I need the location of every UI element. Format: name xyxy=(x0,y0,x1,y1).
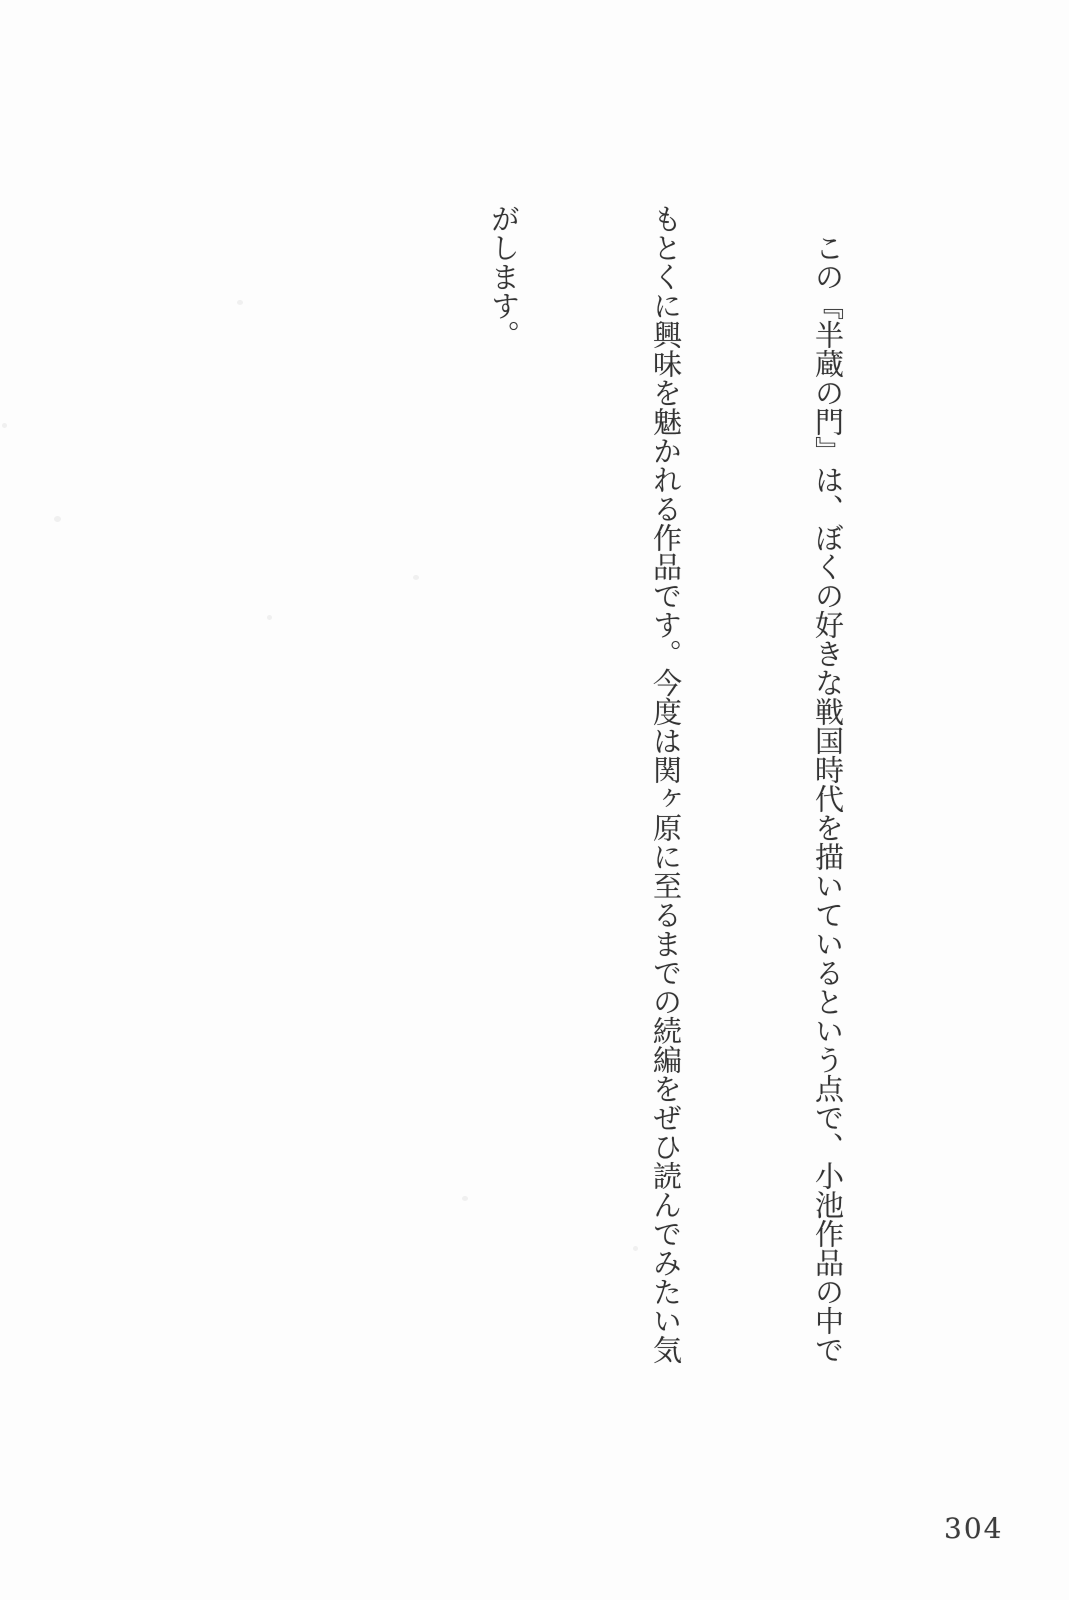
scan-speck xyxy=(2,423,7,428)
text-column-2: もとくに興味を魅かれる作品です。今度は関ヶ原に至るまでの続編をぜひ読んでみたい気 xyxy=(639,204,693,1434)
page-number: 304 xyxy=(944,1512,1003,1545)
scan-speck xyxy=(413,575,419,580)
scan-speck xyxy=(237,300,243,305)
scan-speck xyxy=(54,516,61,522)
book-page: この『半蔵の門』は、ぼくの好きな戦国時代を描いているという点で、小池作品の中で … xyxy=(0,0,1069,1600)
text-column-1: この『半蔵の門』は、ぼくの好きな戦国時代を描いているという点で、小池作品の中で xyxy=(801,204,855,1434)
paragraph-vertical-text: この『半蔵の門』は、ぼくの好きな戦国時代を描いているという点で、小池作品の中で … xyxy=(369,204,963,1434)
scan-speck xyxy=(633,1246,638,1251)
scan-speck xyxy=(267,615,272,620)
scan-speck xyxy=(462,1196,468,1201)
text-column-3: がします。 xyxy=(477,204,531,1434)
